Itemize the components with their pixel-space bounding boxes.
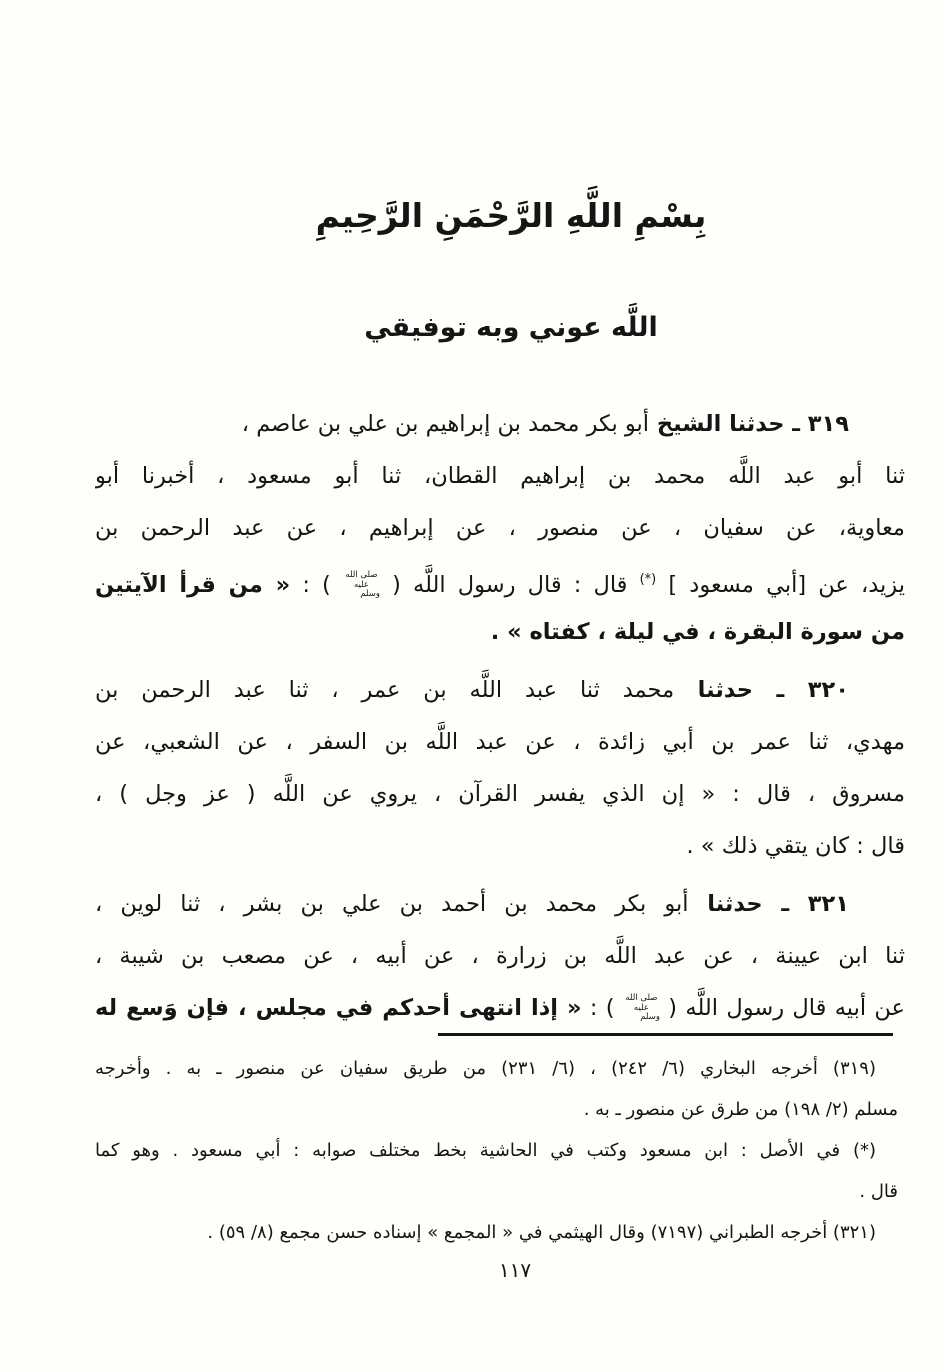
text-segment: معاوية، عن سفيان ، عن منصور ، عن إبراهيم… xyxy=(95,515,905,541)
basmala-calligraphy: بِسْمِ اللَّهِ الرَّحْمَنِ الرَّحِيمِ xyxy=(42,196,938,235)
text-segment: (*) xyxy=(640,572,657,587)
text-line: قال : كان يتقي ذلك » . xyxy=(95,820,905,872)
text-line: ثنا أبو عبد اللَّه محمد بن إبراهيم القطا… xyxy=(95,450,905,502)
text-segment: « إذا انتهى أحدكم في مجلس ، فإن وَسع له xyxy=(95,995,582,1021)
hadith-paragraph-320: ٣٢٠ ـ حدثنا محمد ثنا عبد اللَّه بن عمر ،… xyxy=(95,664,905,872)
footnote-319: (٣١٩) أخرجه البخاري (٦/ ٢٤٢) ، (٦/ ٢٣١) … xyxy=(95,1048,898,1130)
text-line: مهدي، ثنا عمر بن أبي زائدة ، عن عبد اللَ… xyxy=(95,716,905,768)
text-segment: محمد ثنا عبد اللَّه بن عمر ، ثنا عبد الر… xyxy=(95,677,674,703)
footnotes-section: (٣١٩) أخرجه البخاري (٦/ ٢٤٢) ، (٦/ ٢٣١) … xyxy=(95,1048,898,1253)
text-segment: أبو بكر محمد بن أحمد بن علي بن بشر ، ثنا… xyxy=(95,891,689,917)
text-segment: مسلم (٢/ ١٩٨) من طرق عن منصور ـ به . xyxy=(584,1099,898,1120)
footnote-line: (٣١٩) أخرجه البخاري (٦/ ٢٤٢) ، (٦/ ٢٣١) … xyxy=(95,1048,898,1089)
text-line: ثنا ابن عيينة ، عن عبد اللَّه بن زرارة ،… xyxy=(95,930,905,982)
hadith-paragraph-319: ٣١٩ ـ حدثنا الشيخ أبو بكر محمد بن إبراهي… xyxy=(95,398,905,658)
text-segment: ) : xyxy=(582,995,623,1021)
hadith-paragraph-321: ٣٢١ ـ حدثنا أبو بكر محمد بن أحمد بن علي … xyxy=(95,878,905,1034)
honorific-seal: صلى الله عليه وسلم xyxy=(343,571,380,600)
text-line: من سورة البقرة ، في ليلة ، كفتاه » . xyxy=(95,606,905,658)
footnote-separator xyxy=(438,1033,893,1036)
honorific-seal: صلى الله عليه وسلم xyxy=(623,994,660,1023)
text-segment: أبو بكر محمد بن إبراهيم بن علي بن عاصم ، xyxy=(242,411,649,437)
main-text: ٣١٩ ـ حدثنا الشيخ أبو بكر محمد بن إبراهي… xyxy=(95,398,905,1040)
text-line: معاوية، عن سفيان ، عن منصور ، عن إبراهيم… xyxy=(95,502,905,554)
text-segment: (*) في الأصل : ابن مسعود وكتب في الحاشية… xyxy=(95,1140,876,1161)
text-segment: (٣١٩) أخرجه البخاري (٦/ ٢٤٢) ، (٦/ ٢٣١) … xyxy=(95,1058,876,1079)
text-segment: يزيد، عن [أبي مسعود ] xyxy=(656,572,905,598)
text-segment: قال . xyxy=(859,1181,898,1202)
text-segment: ٣١٩ ـ حدثنا الشيخ xyxy=(649,411,849,437)
text-segment: من سورة البقرة ، في ليلة ، كفتاه » . xyxy=(491,619,905,645)
text-line: مسروق ، قال : « إن الذي يفسر القرآن ، ير… xyxy=(95,768,905,820)
footnote-asterisk: (*) في الأصل : ابن مسعود وكتب في الحاشية… xyxy=(95,1130,898,1212)
text-line: ٣٢٠ ـ حدثنا محمد ثنا عبد اللَّه بن عمر ،… xyxy=(95,664,905,716)
footnote-321: (٣٢١) أخرجه الطبراني (٧١٩٧) وقال الهيثمي… xyxy=(95,1212,898,1253)
text-segment: قال : كان يتقي ذلك » . xyxy=(687,833,906,859)
text-segment: ) : xyxy=(290,572,343,598)
text-line: ٣٢١ ـ حدثنا أبو بكر محمد بن أحمد بن علي … xyxy=(95,878,905,930)
text-line: عن أبيه قال رسول اللَّه ( صلى الله عليه … xyxy=(95,982,905,1034)
text-segment: قال : قال رسول اللَّه ( xyxy=(380,572,640,598)
text-segment: « من قرأ الآيتين xyxy=(95,572,290,598)
text-segment: (٣٢١) أخرجه الطبراني (٧١٩٧) وقال الهيثمي… xyxy=(207,1222,876,1243)
text-segment: ثنا ابن عيينة ، عن عبد اللَّه بن زرارة ،… xyxy=(95,943,905,969)
motto-heading: اللَّه عوني وبه توفيقي xyxy=(42,312,938,343)
text-line: ٣١٩ ـ حدثنا الشيخ أبو بكر محمد بن إبراهي… xyxy=(95,398,905,450)
footnote-line: (٣٢١) أخرجه الطبراني (٧١٩٧) وقال الهيثمي… xyxy=(95,1212,898,1253)
book-page: بِسْمِ اللَّهِ الرَّحْمَنِ الرَّحِيمِ ال… xyxy=(0,0,938,1372)
text-segment: مسروق ، قال : « إن الذي يفسر القرآن ، ير… xyxy=(95,781,905,807)
footnote-line: (*) في الأصل : ابن مسعود وكتب في الحاشية… xyxy=(95,1130,898,1171)
text-segment: ٣٢٠ ـ حدثنا xyxy=(674,677,849,703)
footnote-line: قال . xyxy=(95,1171,898,1212)
text-segment: ثنا أبو عبد اللَّه محمد بن إبراهيم القطا… xyxy=(95,463,905,489)
text-segment: عن أبيه قال رسول اللَّه ( xyxy=(660,995,905,1021)
page-number: ١١٧ xyxy=(46,1258,938,1282)
text-segment: ٣٢١ ـ حدثنا xyxy=(689,891,850,917)
text-segment: مهدي، ثنا عمر بن أبي زائدة ، عن عبد اللَ… xyxy=(95,729,905,755)
text-line: يزيد، عن [أبي مسعود ] (*) قال : قال رسول… xyxy=(95,554,905,606)
footnote-line: مسلم (٢/ ١٩٨) من طرق عن منصور ـ به . xyxy=(95,1089,898,1130)
